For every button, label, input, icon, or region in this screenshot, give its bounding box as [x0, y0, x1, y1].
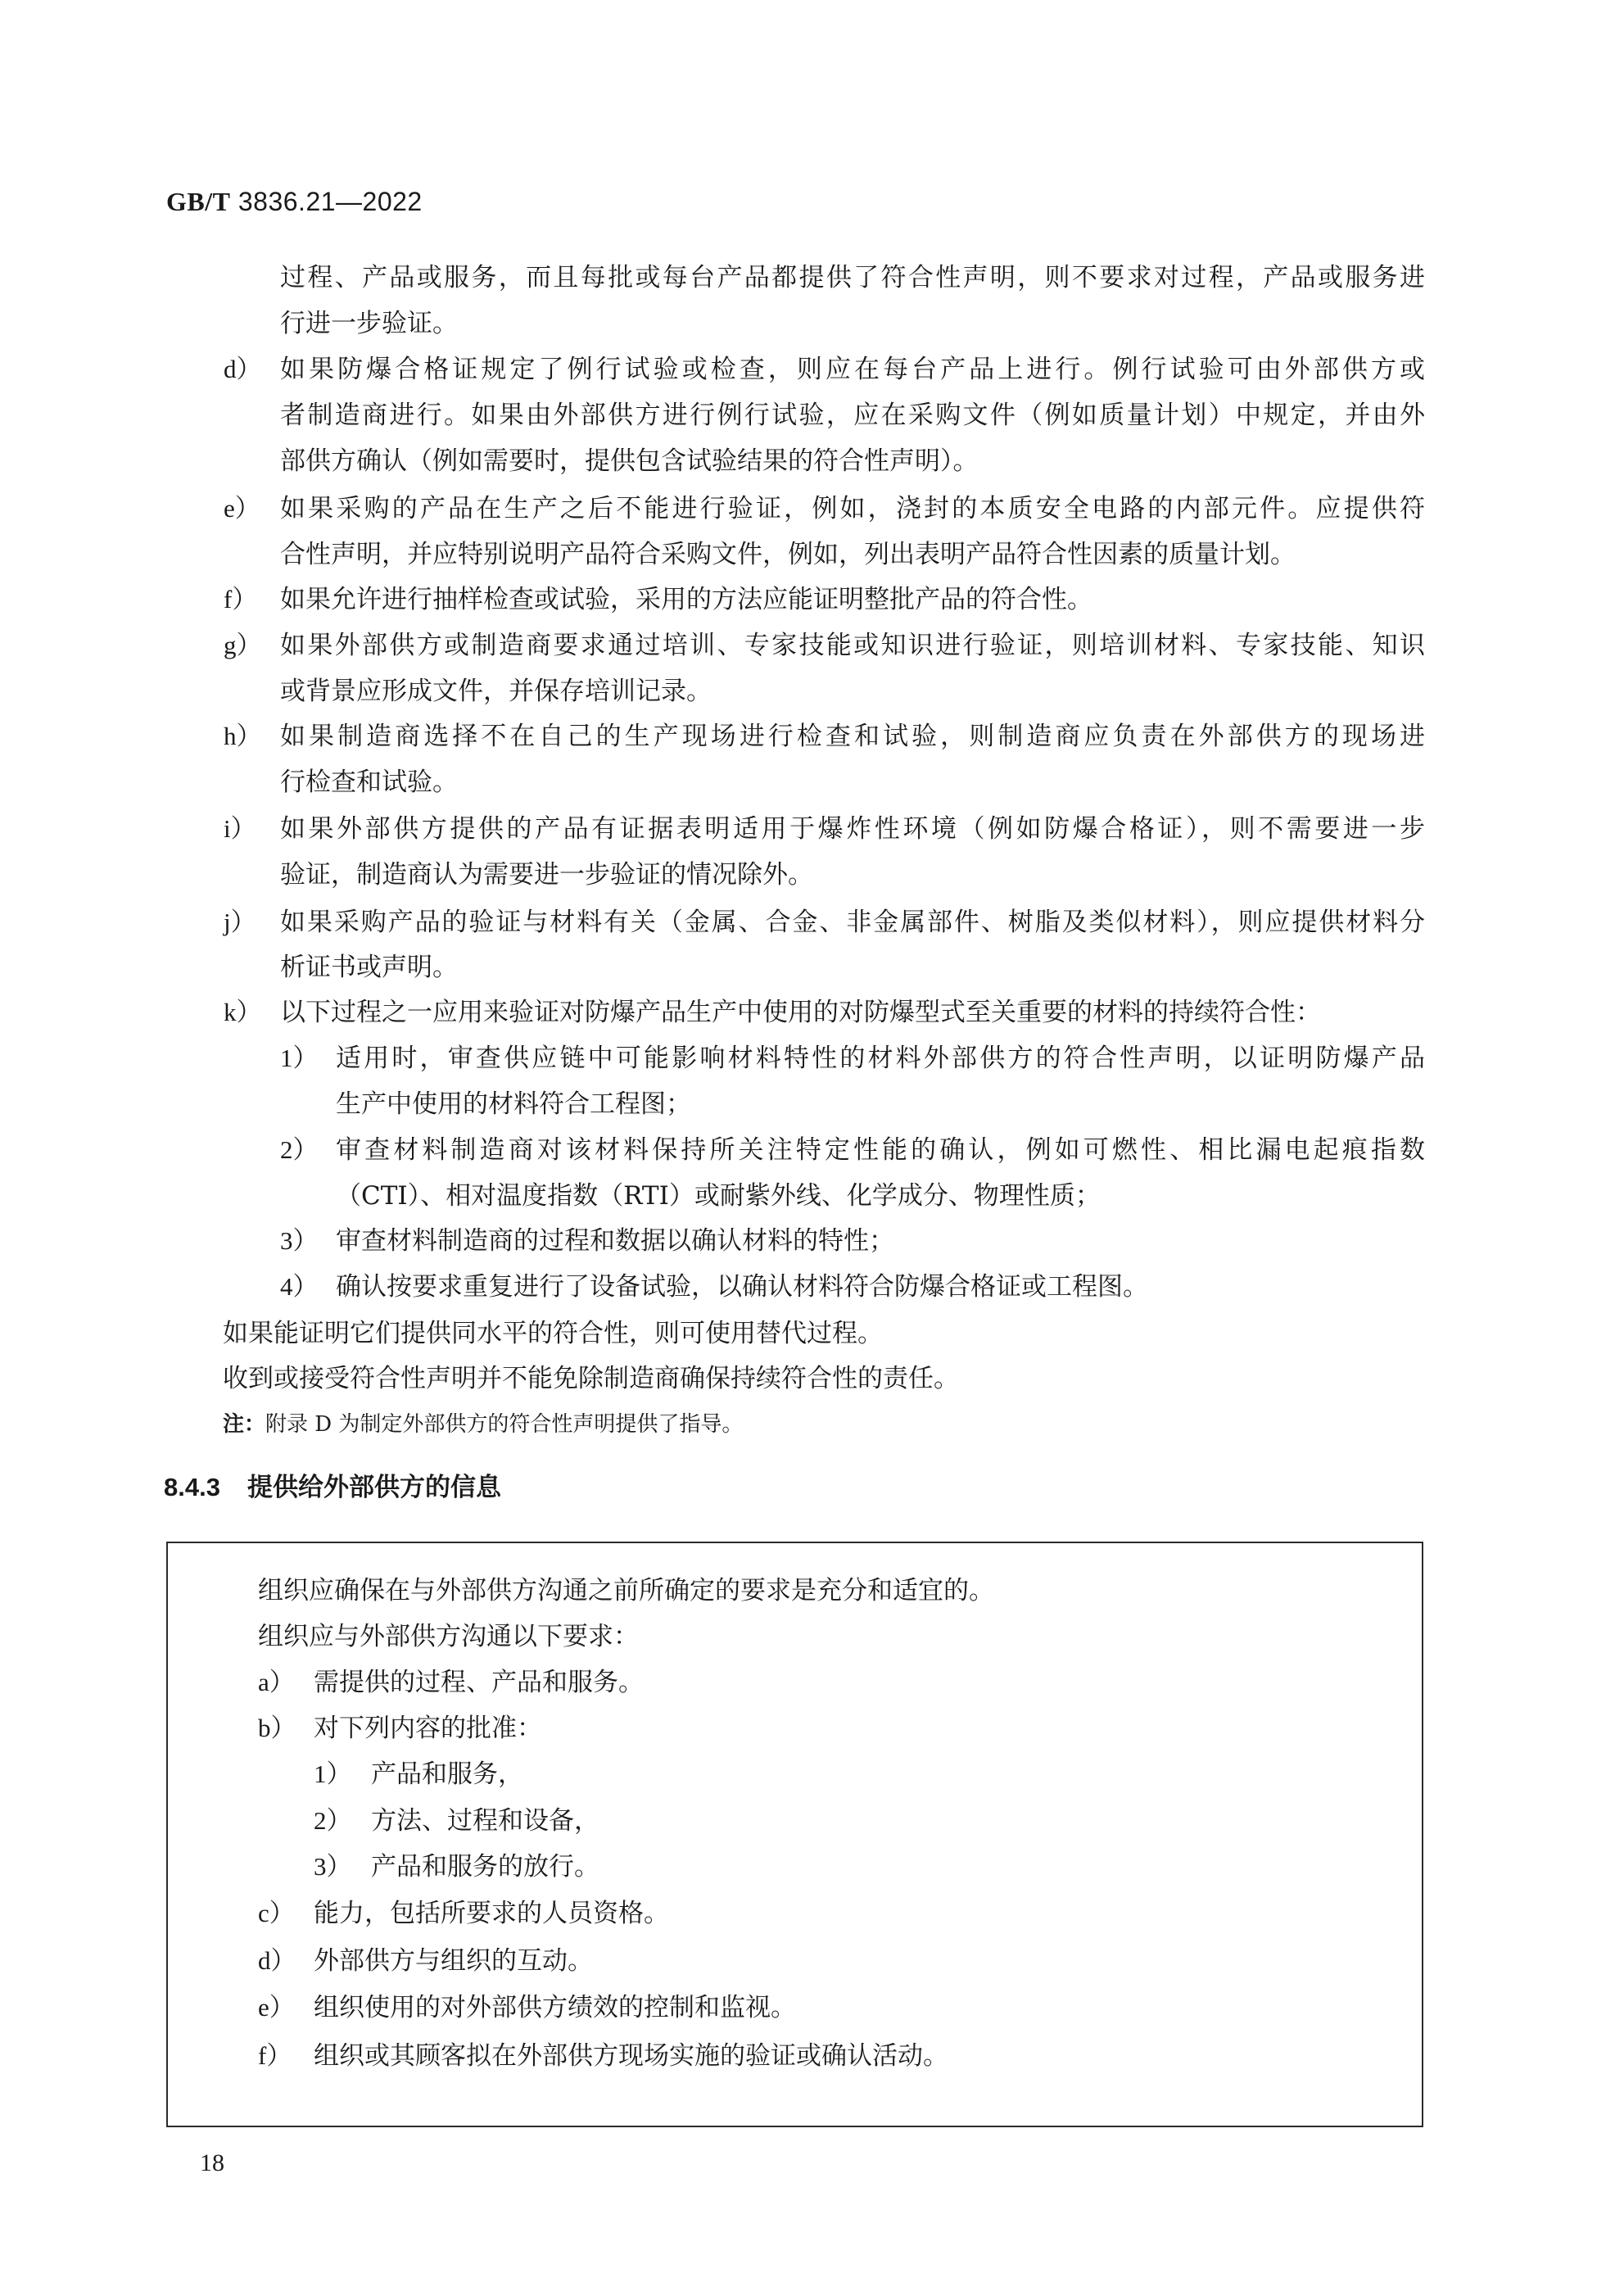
box-item-label: f）: [258, 2041, 292, 2071]
list-item-text: 或背景应形成文件，并保存培训记录。: [280, 677, 712, 706]
continued-text-line: 行进一步验证。: [280, 309, 458, 338]
section-number: 8.4.3: [164, 1471, 247, 1504]
list-item-text: 合性声明，并应特别说明产品符合采购文件，例如，列出表明产品符合性因素的质量计划。: [280, 540, 1296, 569]
box-sub-item-label: 2）: [314, 1806, 352, 1836]
list-item-text: 验证，制造商认为需要进一步验证的情况除外。: [280, 860, 813, 890]
continued-text-line: 过程、产品或服务，而且每批或每台产品都提供了符合性声明，则不要求对过程，产品或服…: [280, 263, 1425, 292]
list-item-text: 如果采购的产品在生产之后不能进行验证，例如，浇封的本质安全电路的内部元件。应提供…: [280, 494, 1425, 523]
box-item-text: 组织或其顾客拟在外部供方现场实施的验证或确认活动。: [314, 2041, 948, 2071]
list-item-text: 部供方确认（例如需要时，提供包含试验结果的符合性声明）。: [280, 446, 979, 476]
list-item-label: e）: [224, 494, 260, 523]
box-item-label: a）: [258, 1668, 295, 1697]
list-item-label: i）: [224, 814, 256, 844]
list-item-text: 者制造商进行。如果由外部供方进行例行试验，应在采购文件（例如质量计划）中规定，并…: [280, 401, 1425, 430]
sub-item-label: 3）: [280, 1226, 319, 1256]
box-item-label: d）: [258, 1946, 296, 1976]
box-item-text: 外部供方与组织的互动。: [314, 1946, 593, 1976]
list-item-label: f）: [224, 585, 257, 614]
box-sub-item-text: 产品和服务，: [371, 1759, 523, 1789]
list-item-label: g）: [224, 631, 262, 660]
sub-item-text: 确认按要求重复进行了设备试验，以确认材料符合防爆合格证或工程图。: [336, 1272, 1148, 1302]
list-item-text: 析证书或声明。: [280, 953, 458, 982]
box-item-text: 能力，包括所要求的人员资格。: [314, 1899, 669, 1928]
list-item-text: 如果制造商选择不在自己的生产现场进行检查和试验，则制造商应负责在外部供方的现场进: [280, 722, 1425, 751]
box-item-text: 需提供的过程、产品和服务。: [314, 1668, 644, 1697]
box-sub-item-text: 方法、过程和设备，: [371, 1806, 599, 1836]
box-intro-line: 组织应确保在与外部供方沟通之前所确定的要求是充分和适宜的。: [258, 1576, 994, 1605]
box-sub-item-label: 1）: [314, 1759, 352, 1789]
paragraph: 如果能证明它们提供同水平的符合性，则可使用替代过程。: [223, 1319, 883, 1348]
list-item-text: 如果外部供方提供的产品有证据表明适用于爆炸性环境（例如防爆合格证），则不需要进一…: [280, 814, 1425, 844]
box-item-label: e）: [258, 1993, 295, 2022]
sub-item-text: 审查材料制造商的过程和数据以确认材料的特性；: [336, 1226, 894, 1256]
section-heading: 8.4.3提供给外部供方的信息: [164, 1471, 501, 1504]
section-title: 提供给外部供方的信息: [247, 1473, 501, 1501]
sub-item-label: 1）: [280, 1044, 319, 1073]
list-item-text: 行检查和试验。: [280, 768, 458, 797]
box-sub-item-text: 产品和服务的放行。: [371, 1852, 599, 1882]
sub-item-text: 审查材料制造商对该材料保持所关注特定性能的确认，例如可燃性、相比漏电起痕指数: [336, 1135, 1425, 1165]
list-item-label: h）: [224, 722, 262, 751]
list-item-label: j）: [224, 908, 256, 937]
note-text: 附录 D 为制定外部供方的符合性声明提供了指导。: [265, 1412, 743, 1437]
box-item-label: c）: [258, 1899, 295, 1928]
box-item-text: 对下列内容的批准：: [314, 1714, 542, 1743]
sub-item-text: （CTI）、相对温度指数（RTI）或耐紫外线、化学成分、物理性质；: [336, 1181, 1101, 1211]
document-header: GB/T 3836.21—2022: [166, 187, 423, 217]
list-item-label: d）: [224, 355, 262, 384]
box-sub-item-label: 3）: [314, 1852, 352, 1882]
box-intro-line: 组织应与外部供方沟通以下要求：: [258, 1622, 639, 1651]
list-item-text: 如果采购产品的验证与材料有关（金属、合金、非金属部件、树脂及类似材料），则应提供…: [280, 908, 1425, 937]
sub-item-label: 4）: [280, 1272, 319, 1302]
list-item-text: 如果外部供方或制造商要求通过培训、专家技能或知识进行验证，则培训材料、专家技能、…: [280, 631, 1425, 660]
list-item-text: 如果防爆合格证规定了例行试验或检查，则应在每台产品上进行。例行试验可由外部供方或: [280, 355, 1425, 384]
note: 注：附录 D 为制定外部供方的符合性声明提供了指导。: [223, 1411, 743, 1438]
list-item-text: 以下过程之一应用来验证对防爆产品生产中使用的对防爆型式至关重要的材料的持续符合性…: [280, 998, 1321, 1027]
list-item-label: k）: [224, 998, 262, 1027]
sub-item-text: 适用时，审查供应链中可能影响材料特性的材料外部供方的符合性声明，以证明防爆产品: [336, 1044, 1425, 1073]
note-prefix: 注：: [223, 1411, 265, 1436]
standard-number: 3836.21—2022: [238, 187, 423, 216]
box-item-text: 组织使用的对外部供方绩效的控制和监视。: [314, 1993, 796, 2022]
box-item-label: b）: [258, 1714, 296, 1743]
page-number: 18: [200, 2149, 224, 2177]
sub-item-text: 生产中使用的材料符合工程图；: [336, 1089, 691, 1119]
list-item-text: 如果允许进行抽样检查或试验，采用的方法应能证明整批产品的符合性。: [280, 585, 1092, 614]
sub-item-label: 2）: [280, 1135, 319, 1165]
paragraph: 收到或接受符合性声明并不能免除制造商确保持续符合性的责任。: [223, 1364, 959, 1393]
standard-code: GB/T: [166, 187, 230, 216]
